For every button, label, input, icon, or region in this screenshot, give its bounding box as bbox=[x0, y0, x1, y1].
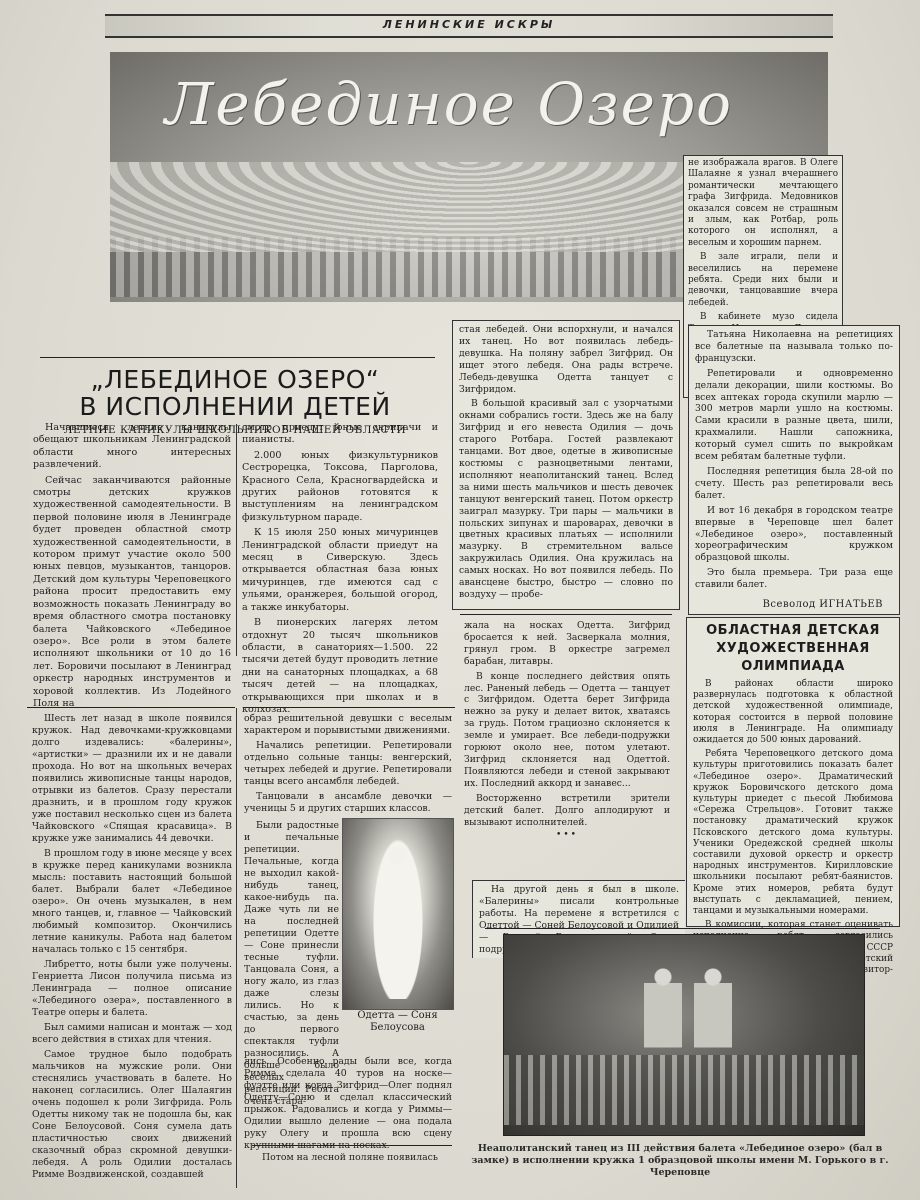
bottom-middle-story-top: образ решительной девушки с веселым хара… bbox=[244, 713, 452, 815]
bottom-left-story: Шесть лет назад в школе появился кружок.… bbox=[32, 713, 232, 1181]
paragraph: Начались репетиции. Репетировали отдельн… bbox=[244, 740, 452, 788]
masthead: ЛЕНИНСКИЕ ИСКРЫ bbox=[105, 14, 833, 38]
paragraph: И вот 16 декабря в городском театре впер… bbox=[695, 505, 893, 565]
olympiad-title-line2: ХУДОЖЕСТВЕННАЯ ОЛИМПИАДА bbox=[693, 640, 893, 676]
olympiad-title-line1: ОБЛАСТНАЯ ДЕТСКАЯ bbox=[693, 622, 893, 640]
paragraph: В зале играли, пели и веселились на пере… bbox=[688, 252, 838, 309]
middle-column-bottom: жала на носках Одетта. Зигфрид бросается… bbox=[464, 620, 670, 842]
paragraph: В прошлом году в июне месяце у всех в кр… bbox=[32, 848, 232, 956]
middle-column-top: стая лебедей. Они вспорхнули, и начался … bbox=[452, 320, 680, 610]
main-article-col1: Начавшиеся летние каникулы обещают школь… bbox=[33, 422, 231, 710]
paragraph: лись. Особенно рады были все, когда Римм… bbox=[244, 1056, 452, 1152]
newspaper-page: ЛЕНИНСКИЕ ИСКРЫ Лебединое Озеро не изобр… bbox=[0, 0, 920, 1200]
paragraph: В большой красивый зал с узорчатыми окна… bbox=[459, 398, 673, 600]
divider bbox=[243, 707, 455, 708]
caption-line1: Одетта — Соня bbox=[340, 1010, 455, 1022]
paragraph: В конце последнего действия опять лес. Р… bbox=[464, 671, 670, 790]
paragraph: К 15 июля 250 юных мичуринцев Ленинградс… bbox=[242, 527, 438, 614]
paragraph: Был самими написан и монтаж — ход всего … bbox=[32, 1022, 232, 1046]
main-article-col2: смотр приедут юные скрипачи и пианисты. … bbox=[242, 422, 438, 716]
ballerina-figure bbox=[373, 839, 423, 999]
divider bbox=[460, 614, 672, 615]
divider bbox=[40, 357, 435, 358]
paragraph: Это была премьера. Три раза еще ставили … bbox=[695, 567, 893, 591]
author-signature: Всеволод ИГНАТЬЕВ bbox=[695, 599, 893, 611]
headline-line2: В ИСПОЛНЕНИИ ДЕТЕЙ bbox=[30, 393, 440, 420]
bottom-middle-continuation: Потом на лесной поляне появилась bbox=[250, 1152, 455, 1164]
paragraph: Шесть лет назад в школе появился кружок.… bbox=[32, 713, 232, 845]
paragraph: В районах области широко развернулась по… bbox=[693, 679, 893, 746]
paragraph: образ решительной девушки с веселым хара… bbox=[244, 713, 452, 737]
paragraph: Самое трудное было подобрать мальчиков н… bbox=[32, 1049, 232, 1181]
neapolitan-photo-caption: Неаполитанский танец из III действия бал… bbox=[470, 1143, 890, 1179]
paragraph: смотр приедут юные скрипачи и пианисты. bbox=[242, 422, 438, 447]
dancer-figure bbox=[644, 965, 682, 1115]
paragraph: Восторженно встретили зрители детский ба… bbox=[464, 793, 670, 829]
divider bbox=[27, 707, 235, 708]
bottom-middle-story-bottom: лись. Особенно рады были все, когда Римм… bbox=[244, 1056, 452, 1152]
paragraph: Ребята Череповецкого детского дома культ… bbox=[693, 749, 893, 917]
column-divider bbox=[236, 708, 237, 1188]
paragraph: Либретто, ноты были уже получены. Генрие… bbox=[32, 959, 232, 1019]
paragraph: стая лебедей. Они вспорхнули, и начался … bbox=[459, 324, 673, 395]
paragraph: В пионерских лагерях летом отдохнут 20 т… bbox=[242, 617, 438, 716]
olympiad-article: ОБЛАСТНАЯ ДЕТСКАЯ ХУДОЖЕСТВЕННАЯ ОЛИМПИА… bbox=[686, 617, 900, 927]
paragraph: не изображала врагов. В Олеге Шалаяне я … bbox=[688, 158, 838, 249]
paragraph: Сейчас заканчиваются районные смотры дет… bbox=[33, 475, 231, 711]
masthead-title: ЛЕНИНСКИЕ ИСКРЫ bbox=[105, 18, 833, 31]
paragraph: 2.000 юных физкультурников Сестрорецка, … bbox=[242, 450, 438, 524]
paragraph: жала на носках Одетта. Зигфрид бросается… bbox=[464, 620, 670, 668]
paragraph: Танцовали в ансамбле девочки — ученицы 5… bbox=[244, 791, 452, 815]
caption-line2: Белоусова bbox=[340, 1022, 455, 1034]
column-divider bbox=[236, 424, 237, 656]
paragraph: Потом на лесной поляне появилась bbox=[250, 1152, 455, 1164]
odetta-photo bbox=[342, 818, 454, 1010]
headline-line1: „ЛЕБЕДИНОЕ ОЗЕРО“ bbox=[30, 366, 440, 393]
paragraph: Последняя репетиция была 28-ой по счету.… bbox=[695, 466, 893, 502]
hero-title: Лебединое Озеро bbox=[165, 70, 733, 138]
neapolitan-dance-photo bbox=[503, 934, 865, 1136]
paragraph: Татьяна Николаевна на репетициях все бал… bbox=[695, 329, 893, 365]
paragraph: Репетировали и одновременно делали декор… bbox=[695, 368, 893, 463]
paragraph: Начавшиеся летние каникулы обещают школь… bbox=[33, 422, 231, 472]
divider bbox=[252, 1145, 452, 1146]
ornament: ••• bbox=[464, 830, 670, 842]
right-column-story: Татьяна Николаевна на репетициях все бал… bbox=[688, 325, 900, 615]
dancer-figure bbox=[694, 965, 732, 1115]
odetta-photo-caption: Одетта — Соня Белоусова bbox=[340, 1010, 455, 1034]
